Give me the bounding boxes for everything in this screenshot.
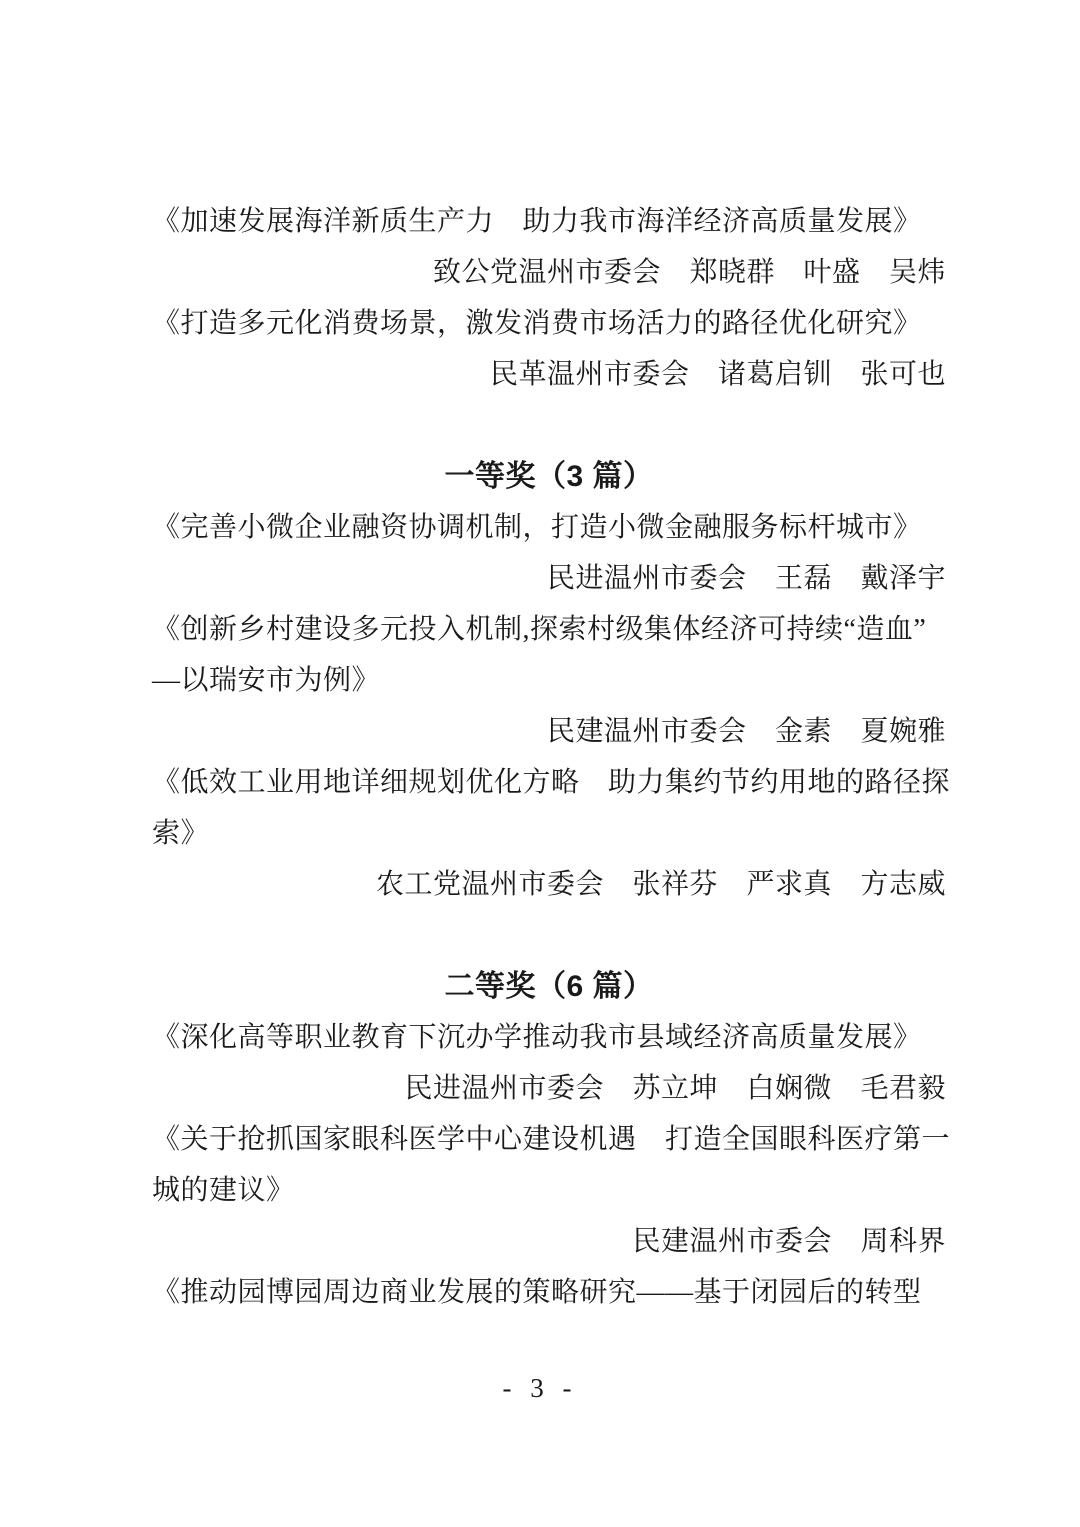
entry-title-line: 《深化高等职业教育下沉办学推动我市县域经济高质量发展》 [152, 1012, 946, 1063]
entry-authors-line: 民建温州市委会 周科界 [152, 1216, 946, 1267]
entry-title-line: 《低效工业用地详细规划优化方略 助力集约节约用地的路径探 [152, 757, 946, 808]
document-page: 《加速发展海洋新质生产力 助力我市海洋经济高质量发展》致公党温州市委会 郑晓群 … [0, 0, 1080, 1527]
entry-title-line: 《创新乡村建设多元投入机制,探索村级集体经济可持续“造血” [152, 604, 946, 655]
spacer-line [152, 910, 946, 961]
entry-title-line: 《完善小微企业融资协调机制，打造小微金融服务标杆城市》 [152, 502, 946, 553]
entry-authors-line: 民进温州市委会 苏立坤 白娴微 毛君毅 [152, 1063, 946, 1114]
document-lines: 《加速发展海洋新质生产力 助力我市海洋经济高质量发展》致公党温州市委会 郑晓群 … [152, 196, 946, 1318]
entry-authors-line: 民建温州市委会 金素 夏婉雅 [152, 706, 946, 757]
entry-title-line: 《打造多元化消费场景，激发消费市场活力的路径优化研究》 [152, 298, 946, 349]
entry-authors-line: 致公党温州市委会 郑晓群 叶盛 吴炜 [152, 247, 946, 298]
entry-title-line: —以瑞安市为例》 [152, 655, 946, 706]
entry-title-line: 索》 [152, 808, 946, 859]
entry-authors-line: 民进温州市委会 王磊 戴泽宇 [152, 553, 946, 604]
entry-authors-line: 民革温州市委会 诸葛启钏 张可也 [152, 349, 946, 400]
section-heading: 二等奖（6 篇） [152, 961, 946, 1012]
entry-title-line: 《关于抢抓国家眼科医学中心建设机遇 打造全国眼科医疗第一 [152, 1114, 946, 1165]
spacer-line [152, 400, 946, 451]
entry-authors-line: 农工党温州市委会 张祥芬 严求真 方志威 [152, 859, 946, 910]
entry-title-line: 《加速发展海洋新质生产力 助力我市海洋经济高质量发展》 [152, 196, 946, 247]
entry-title-line: 城的建议》 [152, 1165, 946, 1216]
entry-title-line: 《推动园博园周边商业发展的策略研究——基于闭园后的转型 [152, 1267, 946, 1318]
section-heading: 一等奖（3 篇） [152, 451, 946, 502]
page-number: - 3 - [0, 1366, 1080, 1410]
